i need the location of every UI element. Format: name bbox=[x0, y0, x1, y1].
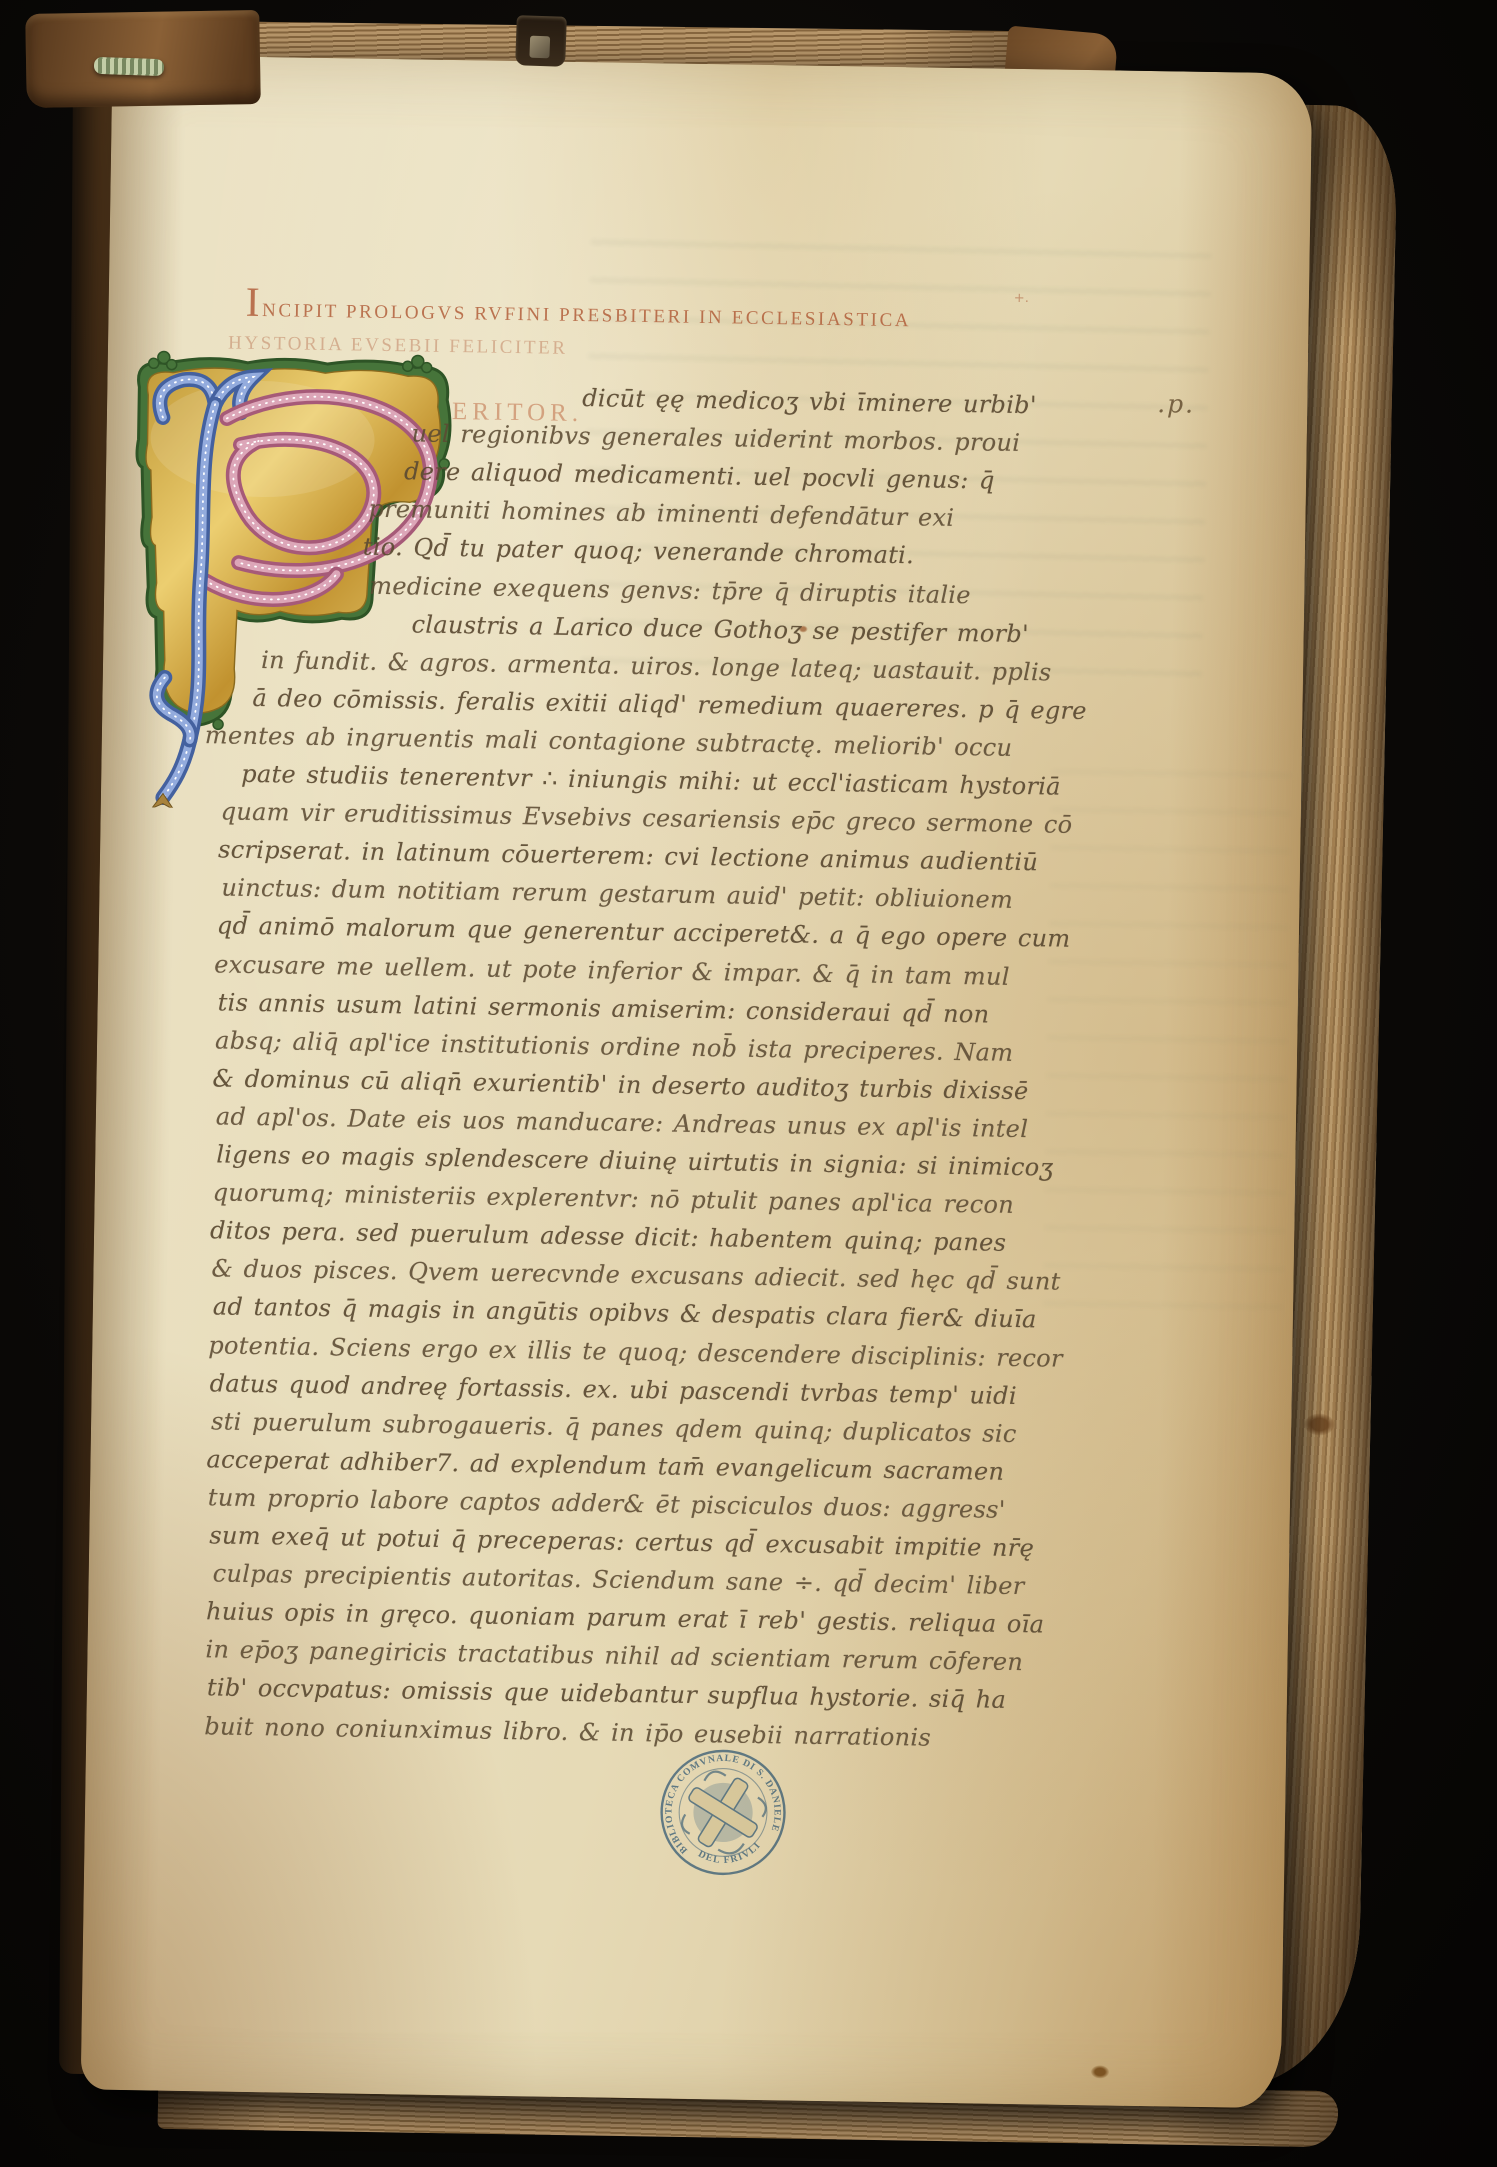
manuscript-line: & duos pisces. Qvem uerecvnde excusans a… bbox=[211, 1257, 1060, 1294]
manuscript-line: ligens eo magis splendescere diuinę uirt… bbox=[216, 1142, 1053, 1179]
manuscript-line: claustris a Larico duce Gothoʒ se pestif… bbox=[411, 612, 1029, 646]
manuscript-line: mentes ab ingruentis mali contagione sub… bbox=[205, 723, 1013, 760]
manuscript-line: qd̄ animō malorum que generentur acciper… bbox=[217, 914, 1071, 951]
manuscript-line: datus quod andreę fortassis. ex. ubi pas… bbox=[210, 1371, 1017, 1408]
manuscript-line: quorumq; ministeriis explerentvr: nō ptu… bbox=[213, 1180, 1015, 1217]
manuscript-line: acceperat adhiber7. ad explendum tam̄ ev… bbox=[206, 1447, 1004, 1484]
manuscript-line: sum exeq̄ ut potui q̄ preceperas: certus… bbox=[209, 1523, 1034, 1560]
manuscript-line: dere aliquod medicamenti. uel pocvli gen… bbox=[404, 459, 995, 492]
manuscript-line: dicūt ęę medicoʒ vbi īminere urbib' bbox=[582, 386, 1037, 417]
manuscript-line: potentia. Sciens ergo ex illis te quoq; … bbox=[208, 1333, 1063, 1370]
manuscript-line: pate studiis tenerentvr ∴ iniungis mihi:… bbox=[241, 762, 1061, 799]
manuscript-line: buit nono coniunximus libro. & in ip̄o e… bbox=[204, 1714, 931, 1749]
manuscript-line: quam vir eruditissimus Evsebivs cesarien… bbox=[221, 800, 1073, 837]
manuscript-line: in ep̄oʒ panegiricis tractatibus nihil a… bbox=[205, 1638, 1023, 1675]
manuscript-line: huius opis in gręco. quoniam parum erat … bbox=[206, 1599, 1044, 1636]
manuscript-line: tib' occvpatus: omissis que uidebantur s… bbox=[207, 1676, 1006, 1713]
manuscript-line: absq; aliq̄ apl'ice institutionis ordine… bbox=[215, 1028, 1014, 1065]
endband bbox=[94, 57, 165, 76]
manuscript-line: tis annis usum latini sermonis amiserim:… bbox=[218, 990, 990, 1026]
manuscript-line: excusare me uellem. ut pote inferior & i… bbox=[214, 952, 1010, 988]
library-stamp: BIBLIOTECA COMVNALE DI S. DANIELE DEL FR… bbox=[656, 1743, 790, 1881]
manuscript-line: ditos pera. sed puerulum adesse dicit: h… bbox=[210, 1218, 1007, 1255]
manuscript-line: tio. Qd̄ tu pater quoq; venerande chroma… bbox=[363, 535, 915, 568]
manuscript-page: INCIPIT PROLOGVS RVFINI PRESBITERI IN EC… bbox=[81, 55, 1313, 2109]
manuscript-line: in fundit. & agros. armenta. uiros. long… bbox=[261, 648, 1052, 684]
manuscript-line: sti puerulum subrogaueris. q̄ panes qdem… bbox=[211, 1409, 1017, 1446]
clasp-remnant bbox=[515, 15, 567, 67]
manuscript-line: tum proprio labore captos adder& ēt pisc… bbox=[208, 1485, 1006, 1522]
manuscript-line: ad tantos q̄ magis in angūtis opibvs & d… bbox=[213, 1295, 1037, 1332]
manuscript-line: scripserat. in latinum cōuerterem: cvi l… bbox=[218, 838, 1038, 875]
manuscript-line: culpas precipientis autoritas. Sciendum … bbox=[213, 1561, 1025, 1598]
manuscript-line: ad apl'os. Date eis uos manducare: Andre… bbox=[216, 1104, 1029, 1141]
manuscript-line: premuniti homines ab iminenti defendātur… bbox=[368, 497, 954, 530]
manuscript-photo: { "page": { "folio_mark": ".p.", "margin… bbox=[0, 0, 1497, 2167]
manuscript-line: medicine exequens genvs: tp̄re q̄ dirupt… bbox=[369, 573, 971, 606]
manuscript-line: ā deo cōmissis. feralis exitii aliqd' re… bbox=[252, 686, 1087, 723]
manuscript-line: uel regionibvs generales uiderint morbos… bbox=[411, 421, 1020, 455]
manuscript-line: & dominus cū aliqn̄ exurientib' in deser… bbox=[212, 1066, 1028, 1103]
manuscript-line: uinctus: dum notitiam rerum gestarum aui… bbox=[221, 876, 1013, 912]
